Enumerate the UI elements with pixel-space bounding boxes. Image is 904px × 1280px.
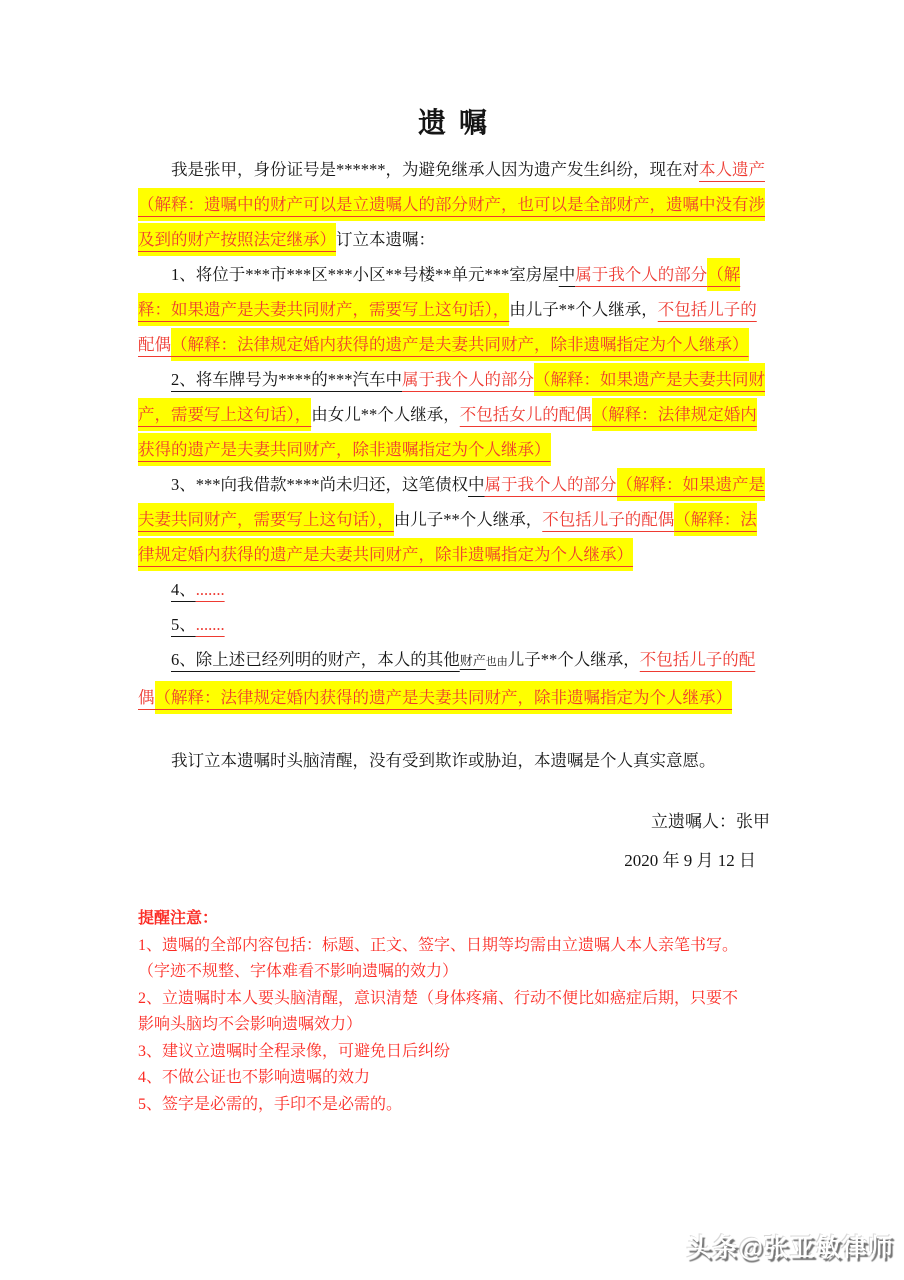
- paragraph: 5、.......: [138, 607, 770, 642]
- document-page: 遗 嘱 我是张甲，身份证号是******，为避免继承人因为遗产发生纠纷，现在对本…: [138, 0, 770, 1118]
- note-line: 3、建议立遗嘱时全程录像，可避免日后纠纷: [138, 1039, 770, 1066]
- notes-section: 提醒注意： 1、遗嘱的全部内容包括：标题、正文、签字、日期等均需由立遗嘱人本人亲…: [138, 906, 770, 1118]
- text-run: 订立本遗嘱：: [336, 230, 435, 249]
- note-line: 5、签字是必需的，手印不是必需的。: [138, 1092, 770, 1119]
- text-run: 5、: [171, 615, 196, 634]
- document-title: 遗 嘱: [138, 104, 770, 144]
- note-line: 4、不做公证也不影响遗嘱的效力: [138, 1065, 770, 1092]
- note-line: 影响头脑均不会影响遗嘱效力）: [138, 1012, 770, 1039]
- highlighted-run: （解释：法律规定婚内获得的遗产是夫妻共同财产，除非遗嘱指定为个人继承）: [171, 328, 749, 361]
- text-run: 2、将车牌号为****的***汽车中: [171, 370, 402, 389]
- highlighted-run: （解释：遗嘱中的财产可以是立遗嘱人的部分财产，也可以是全部财产，遗嘱中没有涉及到…: [138, 188, 765, 256]
- text-run: 儿子**个人继承，: [508, 650, 640, 669]
- text-run: 中: [468, 475, 485, 494]
- paragraph: 3、***向我借款****尚未归还，这笔债权中属于我个人的部分（解释：如果遗产是…: [138, 467, 770, 572]
- text-run: 也由: [486, 656, 508, 668]
- text-run: 我订立本遗嘱时头脑清醒，没有受到欺诈或胁迫，本遗嘱是个人真实意愿。: [171, 751, 716, 770]
- text-run: 由女儿**个人继承，: [311, 405, 460, 424]
- text-run: 不包括儿子的配偶: [542, 510, 674, 529]
- text-run: .......: [196, 615, 225, 634]
- signature-date: 2020 年 9 月 12 日: [138, 843, 770, 878]
- paragraph: 我是张甲，身份证号是******，为避免继承人因为遗产发生纠纷，现在对本人遗产（…: [138, 152, 770, 257]
- signature-block: 立遗嘱人：张甲 2020 年 9 月 12 日: [138, 804, 770, 878]
- text-run: 4、: [171, 580, 196, 599]
- text-run: 属于我个人的部分: [485, 475, 617, 494]
- text-run: 财产: [460, 653, 486, 668]
- text-run: .......: [196, 580, 225, 599]
- text-run: 不包括女儿的配偶: [460, 405, 592, 424]
- text-run: 属于我个人的部分: [402, 370, 534, 389]
- text-run: 由儿子**个人继承，: [509, 300, 658, 319]
- text-run: 1、将位于***市***区***小区**号楼**单元***室房屋: [171, 265, 559, 284]
- note-line: 1、遗嘱的全部内容包括：标题、正文、签字、日期等均需由立遗嘱人本人亲笔书写。: [138, 933, 770, 960]
- paragraph: 1、将位于***市***区***小区**号楼**单元***室房屋中属于我个人的部…: [138, 257, 770, 362]
- paragraph: 6、除上述已经列明的财产，本人的其他财产也由儿子**个人继承，不包括儿子的配偶（…: [138, 642, 770, 715]
- note-line: 2、立遗嘱时本人要头脑清醒，意识清楚（身体疼痛、行动不便比如癌症后期，只要不: [138, 986, 770, 1013]
- text-run: 本人遗产: [699, 160, 765, 179]
- toutiao-watermark: 头条@张亚敏律师: [687, 1228, 894, 1264]
- testator-signature: 立遗嘱人：张甲: [138, 804, 770, 839]
- text-run: 由儿子**个人继承，: [394, 510, 543, 529]
- text-run: 6、除上述已经列明的财产，本人的其他: [171, 650, 460, 669]
- paragraph: 2、将车牌号为****的***汽车中属于我个人的部分（解释：如果遗产是夫妻共同财…: [138, 362, 770, 467]
- text-run: 中: [559, 265, 576, 284]
- text-run: 属于我个人的部分: [575, 265, 707, 284]
- notes-heading: 提醒注意：: [138, 906, 770, 933]
- text-run: 3、***向我借款****尚未归还，这笔债权: [171, 475, 468, 494]
- note-line: （字迹不规整、字体难看不影响遗嘱的效力）: [138, 959, 770, 986]
- paragraph: 4、.......: [138, 572, 770, 607]
- highlighted-run: （解释：法律规定婚内获得的遗产是夫妻共同财产，除非遗嘱指定为个人继承）: [155, 681, 733, 714]
- notes-lines: 1、遗嘱的全部内容包括：标题、正文、签字、日期等均需由立遗嘱人本人亲笔书写。（字…: [138, 933, 770, 1119]
- text-run: 我是张甲，身份证号是******，为避免继承人因为遗产发生纠纷，现在对: [171, 160, 699, 179]
- paragraph: 我订立本遗嘱时头脑清醒，没有受到欺诈或胁迫，本遗嘱是个人真实意愿。: [138, 743, 770, 778]
- document-body: 我是张甲，身份证号是******，为避免继承人因为遗产发生纠纷，现在对本人遗产（…: [138, 152, 770, 778]
